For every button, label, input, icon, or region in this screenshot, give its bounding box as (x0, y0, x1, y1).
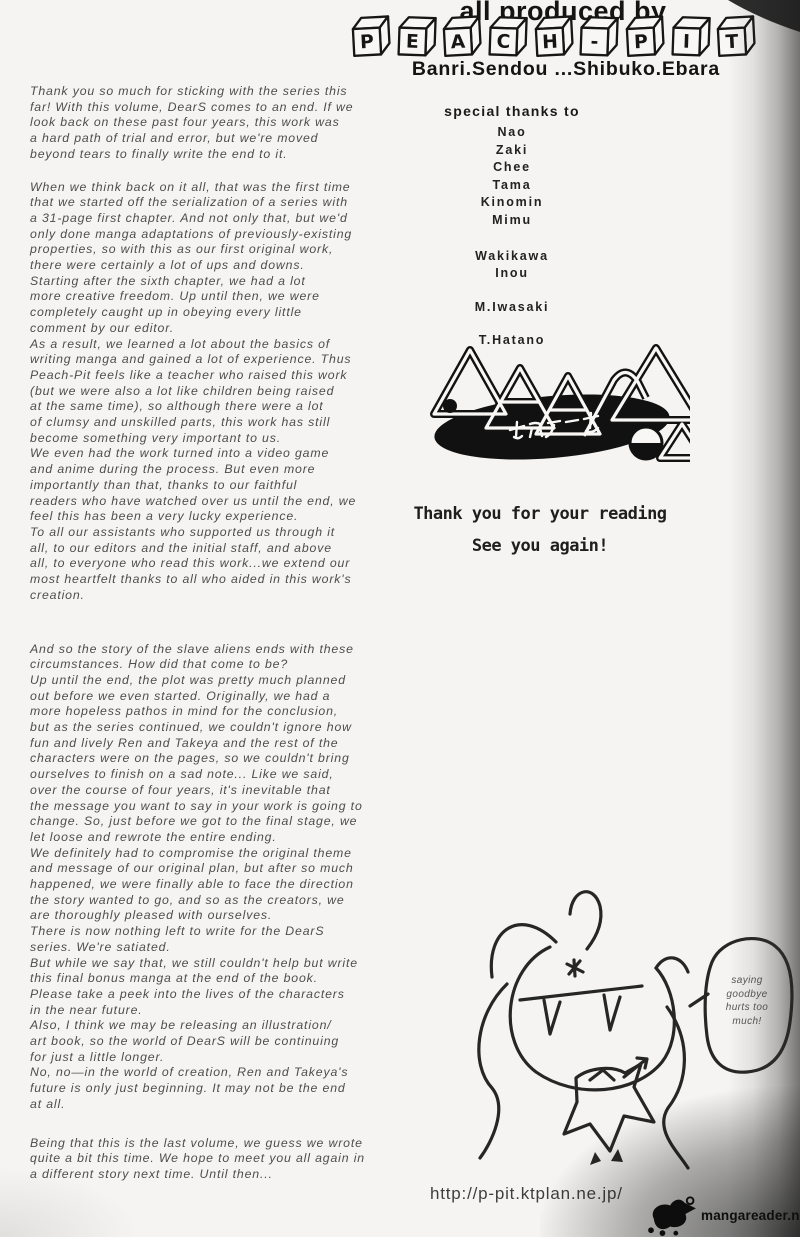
thanks-name: Mimu (412, 212, 612, 230)
thanks-name: Wakikawa (412, 248, 612, 266)
afterword-paragraph-1: Thank you so much for sticking with the … (30, 84, 426, 163)
peach-pit-cube-row: P E A C H - P I T (347, 13, 757, 58)
afterword-paragraph-3: And so the story of the slave aliens end… (30, 642, 426, 1113)
thanks-group-1: Nao Zaki Chee Tama Kinomin Mimu (412, 124, 612, 230)
letter-cube: P (621, 13, 666, 58)
special-thanks-list: special thanks to Nao Zaki Chee Tama Kin… (412, 103, 612, 350)
logo-half-circle (630, 427, 662, 459)
letter-cube: A (438, 13, 483, 58)
thanks-group-3: M.Iwasaki (412, 299, 612, 317)
letter-cube: T (712, 13, 757, 58)
farewell-line-2: See you again! (403, 530, 677, 562)
svg-text:P: P (634, 32, 649, 54)
farewell-message: Thank you for your reading See you again… (403, 498, 677, 562)
watermark-text: mangareader.net (701, 1208, 800, 1223)
letter-cube: I (667, 13, 712, 58)
thanks-name: M.Iwasaki (412, 299, 612, 317)
svg-text:T: T (725, 32, 739, 54)
thanks-name: Zaki (412, 142, 612, 160)
thanks-name: Inou (412, 265, 612, 283)
thanks-name: Kinomin (412, 194, 612, 212)
thanks-name: Nao (412, 124, 612, 142)
letter-cube: P (347, 13, 392, 58)
dears-logo-graphic (424, 336, 690, 464)
svg-text:E: E (405, 32, 419, 53)
letter-cube: C (484, 13, 529, 58)
letter-cube: - (575, 13, 620, 58)
speech-bubble-text: saying goodbye hurts too much! (703, 974, 791, 1028)
afterword-paragraph-4: Being that this is the last volume, we g… (30, 1136, 426, 1183)
svg-text:H: H (541, 32, 558, 54)
dears-logo (424, 336, 690, 469)
svg-text:A: A (451, 32, 467, 54)
letter-cube: E (393, 13, 438, 58)
svg-text:-: - (591, 32, 600, 53)
logo-dot (443, 399, 457, 413)
mangareader-watermark: mangareader.net (645, 1194, 800, 1236)
svg-text:C: C (496, 32, 510, 53)
special-thanks-title: special thanks to (412, 103, 612, 119)
letter-cube: H (530, 13, 575, 58)
svg-text:I: I (682, 32, 690, 53)
svg-text:P: P (360, 32, 375, 54)
thanks-group-2: Wakikawa Inou (412, 248, 612, 283)
mascot-doodle (462, 872, 800, 1192)
thanks-name: Chee (412, 159, 612, 177)
thanks-name: Tama (412, 177, 612, 195)
website-url: http://p-pit.ktplan.ne.jp/ (430, 1184, 623, 1204)
afterword-essay: Thank you so much for sticking with the … (30, 84, 426, 1183)
farewell-line-1: Thank you for your reading (403, 498, 677, 530)
afterword-paragraph-2: When we think back on it all, that was t… (30, 180, 426, 604)
author-names: Banri.Sendou ...Shibuko.Ebara (378, 58, 754, 81)
mangareader-logo-icon (645, 1194, 699, 1236)
